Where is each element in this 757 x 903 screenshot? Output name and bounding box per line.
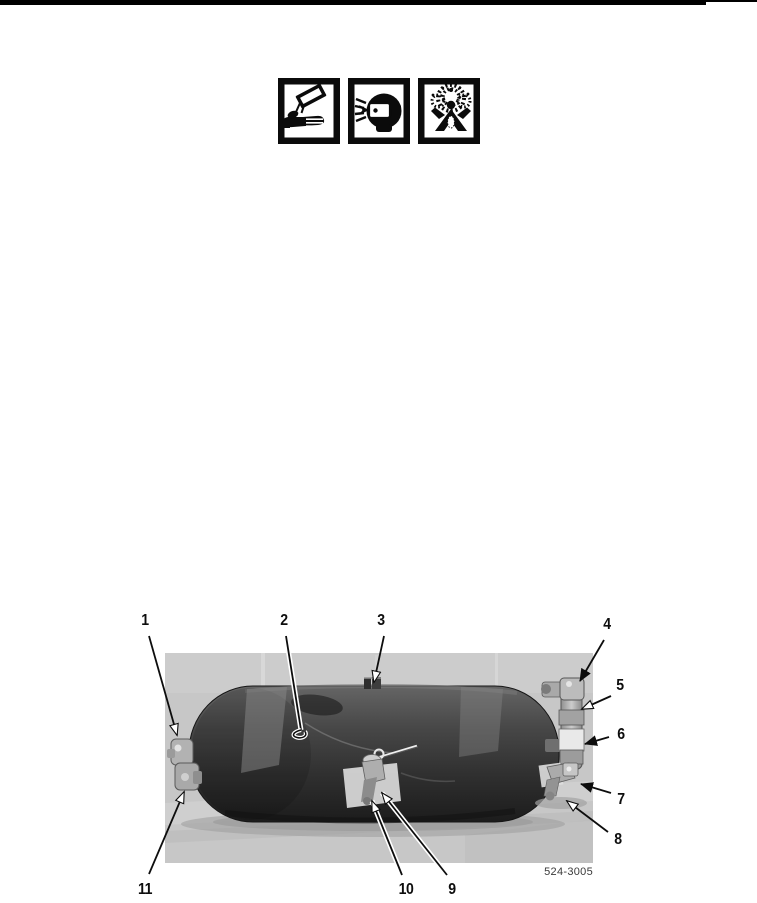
- figure-air-reservoir: 1 2 3 4 5 6 7 8 9 10 11 524-3005: [120, 608, 665, 903]
- page-top-rule: [0, 0, 706, 5]
- manual-page: 1 2 3 4 5 6 7 8 9 10 11 524-3005: [0, 0, 757, 903]
- callout-8: 8: [614, 832, 621, 848]
- toxic-vapor-hazard-icon: [418, 78, 480, 144]
- callout-11: 11: [138, 882, 152, 898]
- weld-band-right: [459, 687, 503, 757]
- eye-protection-hazard-icon: [348, 78, 410, 144]
- reservoir-photo: [165, 653, 593, 863]
- callout-1: 1: [141, 613, 148, 629]
- callout-9: 9: [448, 882, 455, 898]
- callout-3: 3: [377, 613, 384, 629]
- callout-7: 7: [617, 792, 624, 808]
- callout-10: 10: [399, 882, 414, 898]
- callout-4: 4: [603, 617, 610, 633]
- callout-6: 6: [617, 727, 624, 743]
- figure-image-number: 524-3005: [544, 866, 593, 878]
- warning-icons-row: [278, 78, 480, 144]
- callout-5: 5: [616, 678, 623, 694]
- top-port-fitting: [364, 677, 381, 689]
- callout-2: 2: [280, 613, 287, 629]
- page-top-rule-extension: [706, 0, 757, 2]
- chemical-burn-hazard-icon: [278, 78, 340, 144]
